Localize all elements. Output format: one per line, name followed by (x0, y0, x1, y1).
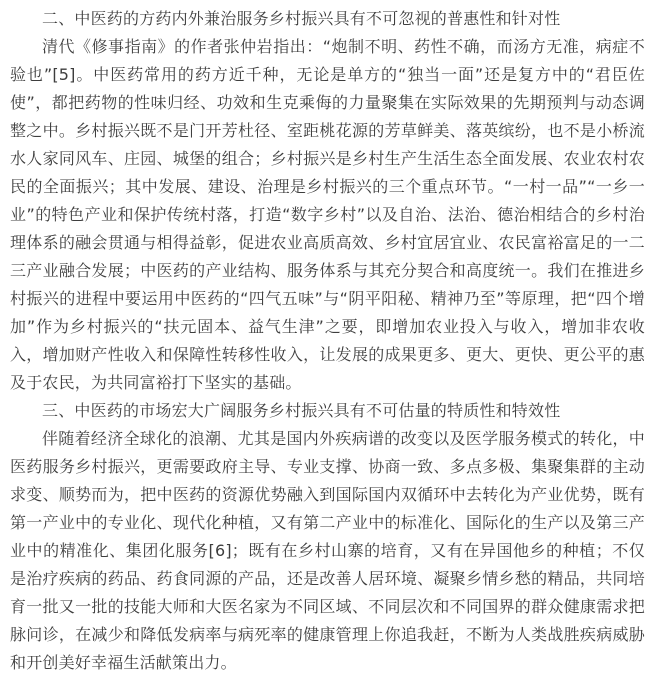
paragraph-section-2: 清代《修事指南》的作者张仲岩指出：“炮制不明、药性不确，而汤方无准，病症不验也”… (10, 33, 645, 397)
document-page: 二、中医药的方药内外兼治服务乡村振兴具有不可忽视的普惠性和针对性 清代《修事指南… (0, 0, 654, 677)
section-heading-3: 三、中医药的市场宏大广阔服务乡村振兴具有不可估量的特质性和特效性 (10, 397, 645, 425)
section-heading-2: 二、中医药的方药内外兼治服务乡村振兴具有不可忽视的普惠性和针对性 (10, 5, 645, 33)
paragraph-section-3: 伴随着经济全球化的浪潮、尤其是国内外疾病谱的改变以及医学服务模式的转化，中医药服… (10, 425, 645, 677)
